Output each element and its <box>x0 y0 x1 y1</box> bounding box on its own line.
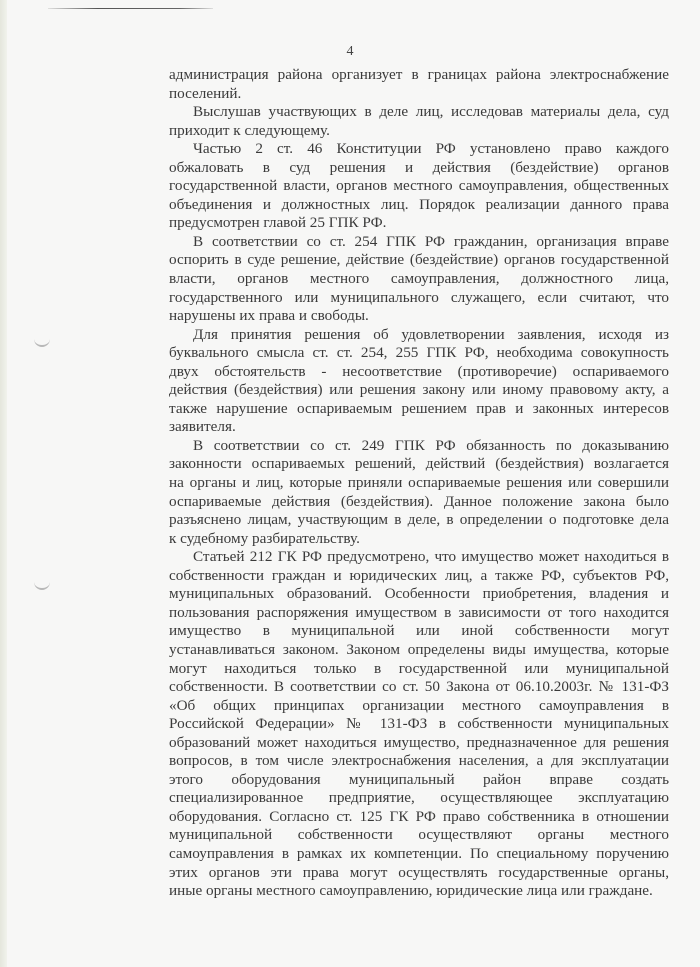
text-line: В соответствии со ст. 254 ГПК РФ граждан… <box>145 233 669 252</box>
text-line: действия (бездействия) или решения закон… <box>145 381 669 400</box>
text-line: власти, органов местного самоуправления,… <box>145 270 669 289</box>
text-line: устанавливаться законом. Законом определ… <box>145 641 669 660</box>
text-line: приходит к следующему. <box>145 122 669 141</box>
scan-page-edge <box>0 0 7 967</box>
paragraph: Для принятия решения об удовлетворении з… <box>145 326 669 437</box>
text-line: Выслушав участвующих в деле лиц, исследо… <box>145 103 669 122</box>
text-line: вопросов, в том числе электроснабжения н… <box>145 752 669 771</box>
text-line: муниципальных образований. Особенности п… <box>145 585 669 604</box>
text-line: этих органов эти права могут осуществлят… <box>145 864 669 883</box>
text-line: оспариваемые действия (бездействия). Дан… <box>145 493 669 512</box>
punch-hole-mark <box>34 335 50 347</box>
text-line: объединения и должностных лиц. Порядок р… <box>145 196 669 215</box>
paragraph: Выслушав участвующих в деле лиц, исследо… <box>145 103 669 140</box>
text-line: законности оспариваемых решений, действи… <box>145 455 669 474</box>
text-line: имущество в муниципальной или иной собст… <box>145 622 669 641</box>
text-line: к судебному разбирательству. <box>145 530 669 549</box>
paragraph: Частью 2 ст. 46 Конституции РФ установле… <box>145 140 669 233</box>
text-line: поселений. <box>145 85 669 104</box>
paragraph: В соответствии со ст. 249 ГПК РФ обязанн… <box>145 437 669 548</box>
text-line: муниципальной собственности осуществляют… <box>145 826 669 845</box>
text-line: разъяснено лицам, участвующим в деле, в … <box>145 511 669 530</box>
text-line: буквального смысла ст. ст. 254, 255 ГПК … <box>145 344 669 363</box>
text-line: специализированное предприятие, осуществ… <box>145 789 669 808</box>
paragraph: администрация района организует в границ… <box>145 66 669 103</box>
document-body: администрация района организует в границ… <box>145 66 669 901</box>
text-line: Для принятия решения об удовлетворении з… <box>145 326 669 345</box>
text-line: двух обстоятельств - несоответствие (про… <box>145 363 669 382</box>
text-line: Статьей 212 ГК РФ предусмотрено, что иму… <box>145 548 669 567</box>
paragraph: В соответствии со ст. 254 ГПК РФ граждан… <box>145 233 669 326</box>
text-line: собственности. В соответствии со ст. 50 … <box>145 678 669 697</box>
text-line: «Об общих принципах организации местного… <box>145 697 669 716</box>
paragraph: Статьей 212 ГК РФ предусмотрено, что иму… <box>145 548 669 900</box>
text-line: В соответствии со ст. 249 ГПК РФ обязанн… <box>145 437 669 456</box>
text-line: заявителя. <box>145 418 669 437</box>
text-line: самоуправления в рамках их компетенции. … <box>145 845 669 864</box>
text-line: пользования распоряжения имуществом в за… <box>145 604 669 623</box>
text-line: на органы и лиц, которые приняли оспарив… <box>145 474 669 493</box>
text-line: оспорить в суде решение, действие (безде… <box>145 251 669 270</box>
text-line: администрация района организует в границ… <box>145 66 669 85</box>
top-rule-line <box>48 8 213 9</box>
text-line: иные органы местного самоуправлению, юри… <box>145 882 669 901</box>
text-line: государственного или муниципального служ… <box>145 289 669 308</box>
text-line: оборудования. Согласно ст. 125 ГК РФ пра… <box>145 808 669 827</box>
text-line: образований может находиться имущество, … <box>145 734 669 753</box>
punch-hole-mark <box>34 578 50 590</box>
page-number: 4 <box>0 44 700 60</box>
text-line: собственности граждан и юридических лиц,… <box>145 567 669 586</box>
text-line: могут находиться только в государственно… <box>145 660 669 679</box>
text-line: Российской Федерации» № 131-ФЗ в собстве… <box>145 715 669 734</box>
text-line: также нарушение оспариваемым решением пр… <box>145 400 669 419</box>
text-line: этого оборудования муниципальный район в… <box>145 771 669 790</box>
text-line: нарушены их права и свободы. <box>145 307 669 326</box>
text-line: государственной власти, органов местного… <box>145 177 669 196</box>
text-line: обжаловать в суд решения и действия (без… <box>145 159 669 178</box>
text-line: предусмотрен главой 25 ГПК РФ. <box>145 214 669 233</box>
text-line: Частью 2 ст. 46 Конституции РФ установле… <box>145 140 669 159</box>
